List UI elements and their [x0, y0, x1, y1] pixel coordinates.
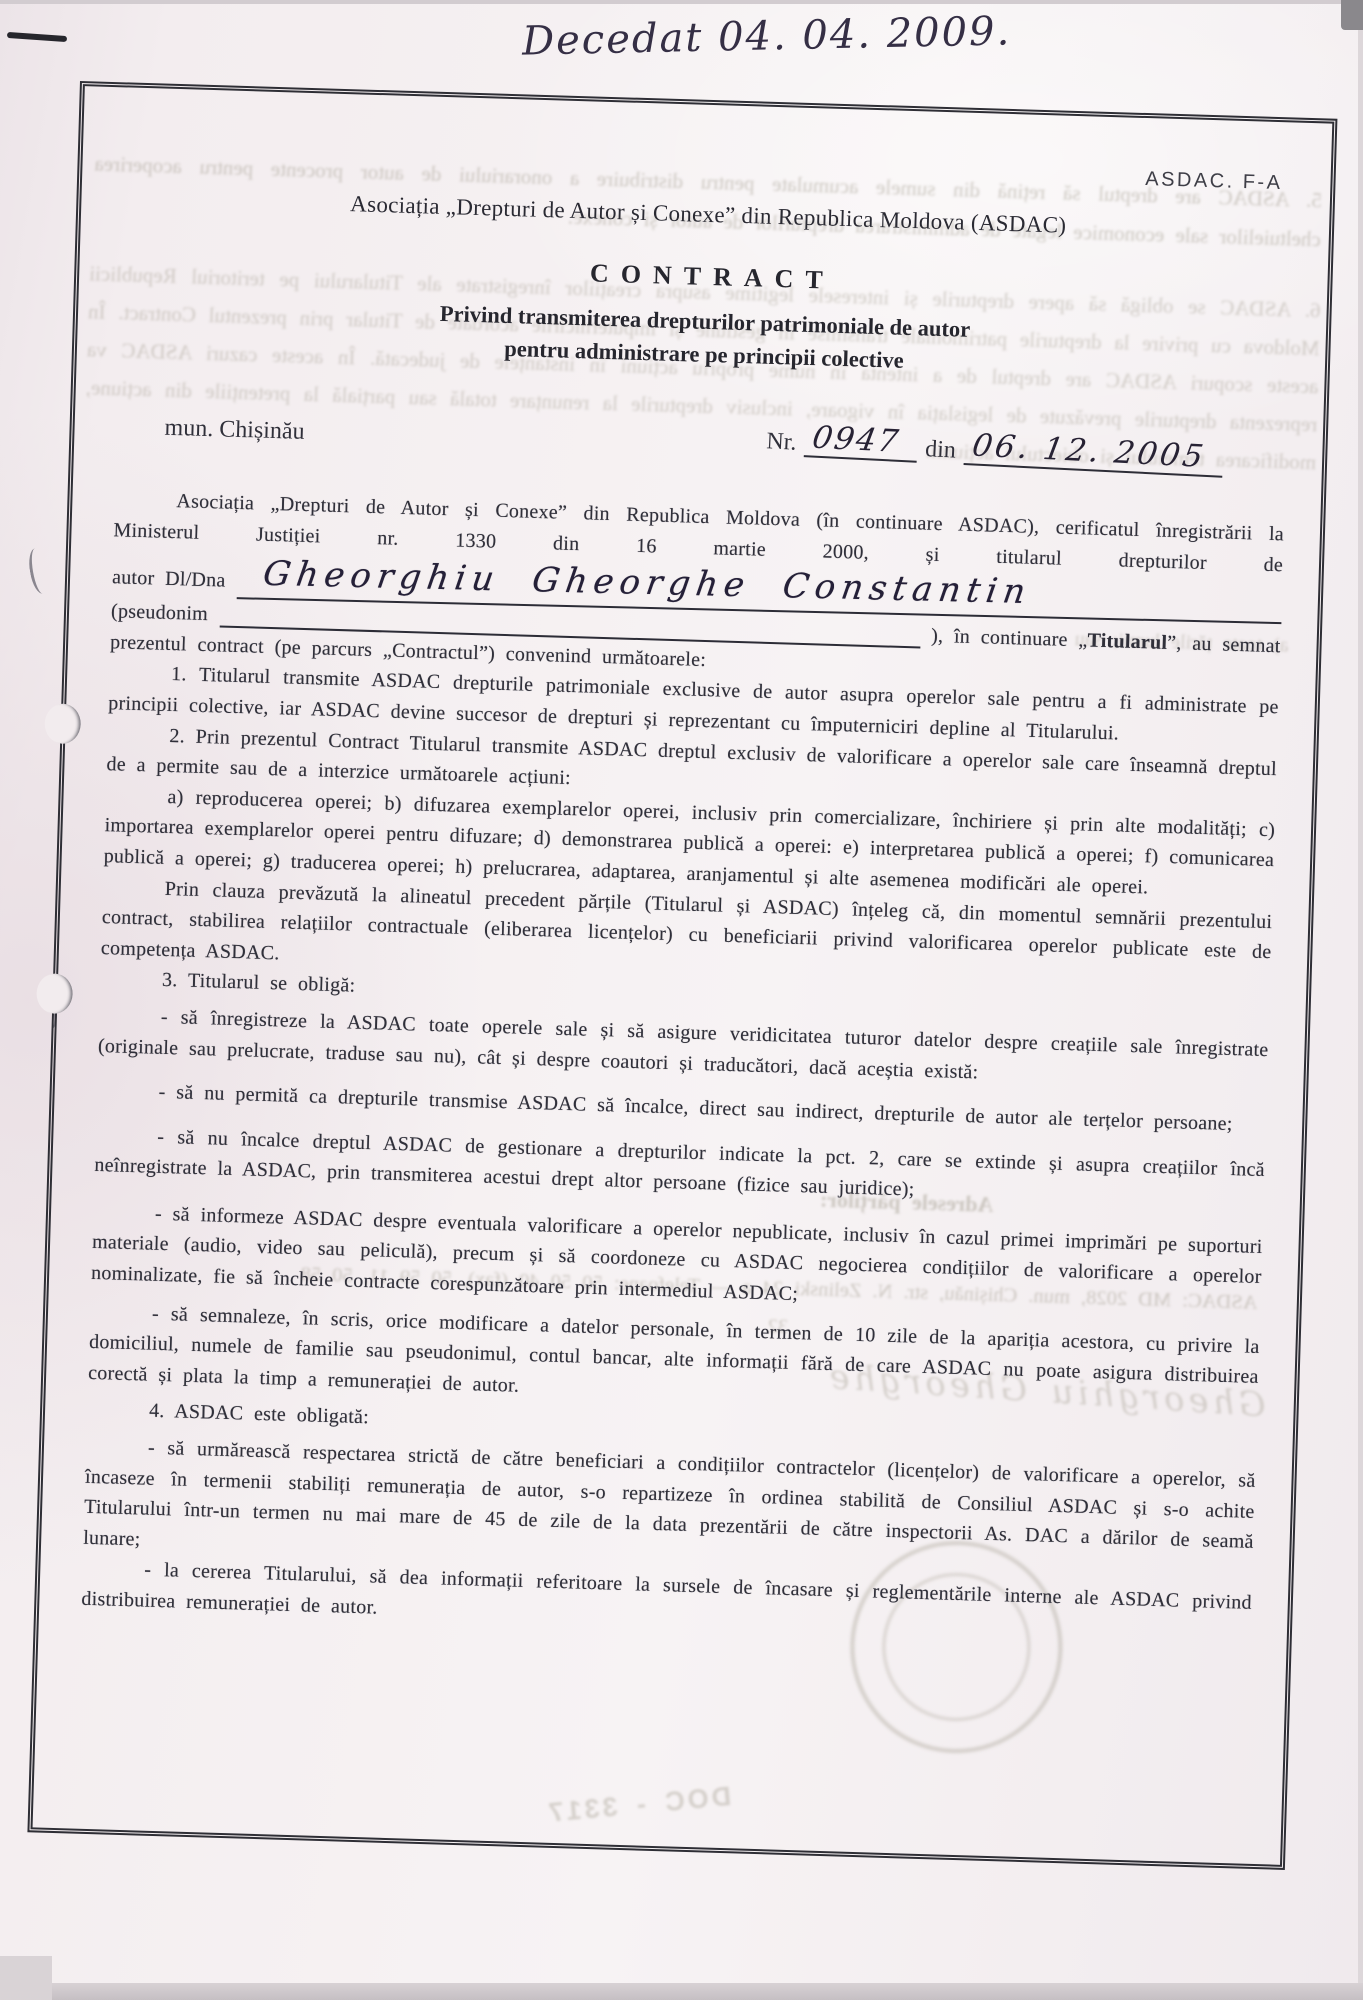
binder-hole-mark	[26, 547, 52, 595]
contract-date-field: 06. 12. 2005	[963, 430, 1224, 478]
handwritten-deceased-note: Decedat 04. 04. 2009.	[521, 5, 962, 68]
contract-number-group: Nr. 0947 din 06. 12. 2005	[766, 420, 1232, 478]
nr-label: Nr.	[766, 428, 797, 456]
form-code: ASDAC. F-A	[125, 137, 1295, 195]
continuation-text: ), în continuare „	[931, 621, 1088, 656]
organization-name: Asociația „Drepturi de Autor și Conexe” …	[123, 184, 1293, 245]
author-label: autor Dl/Dna	[112, 562, 226, 596]
scan-corner-bottom-left	[0, 1956, 52, 2000]
scanned-contract-page: { "annotations": { "deceased_note": "Dec…	[0, 0, 1363, 2000]
contract-date-handwritten: 06. 12. 2005	[970, 431, 1208, 473]
scan-corner-mark	[1341, 0, 1363, 30]
scan-edge-right	[1358, 0, 1363, 2000]
city-and-number-row: mun. Chișinău Nr. 0947 din 06. 12. 2005	[164, 407, 1232, 474]
contract-number-field: 0947	[804, 422, 918, 463]
pseudonym-label: (pseudonim	[111, 596, 209, 629]
contract-body: Asociația „Drepturi de Autor și Conexe” …	[81, 484, 1284, 1649]
scan-edge-top	[0, 0, 1363, 4]
scan-edge-bottom	[0, 1983, 1363, 2000]
din-label: din	[925, 436, 957, 464]
contract-number-handwritten: 0947	[810, 423, 902, 458]
document-frame: 5. ASDAC are dreptul să rețină din sumel…	[27, 81, 1337, 1870]
document-content: ASDAC. F-A Asociația „Drepturi de Autor …	[33, 86, 1333, 1865]
titular-bold: Titularul	[1087, 626, 1168, 659]
pen-dash-mark	[7, 32, 67, 42]
city-label: mun. Chișinău	[164, 415, 305, 446]
continuation-text: ”, au semnat	[1167, 628, 1281, 662]
